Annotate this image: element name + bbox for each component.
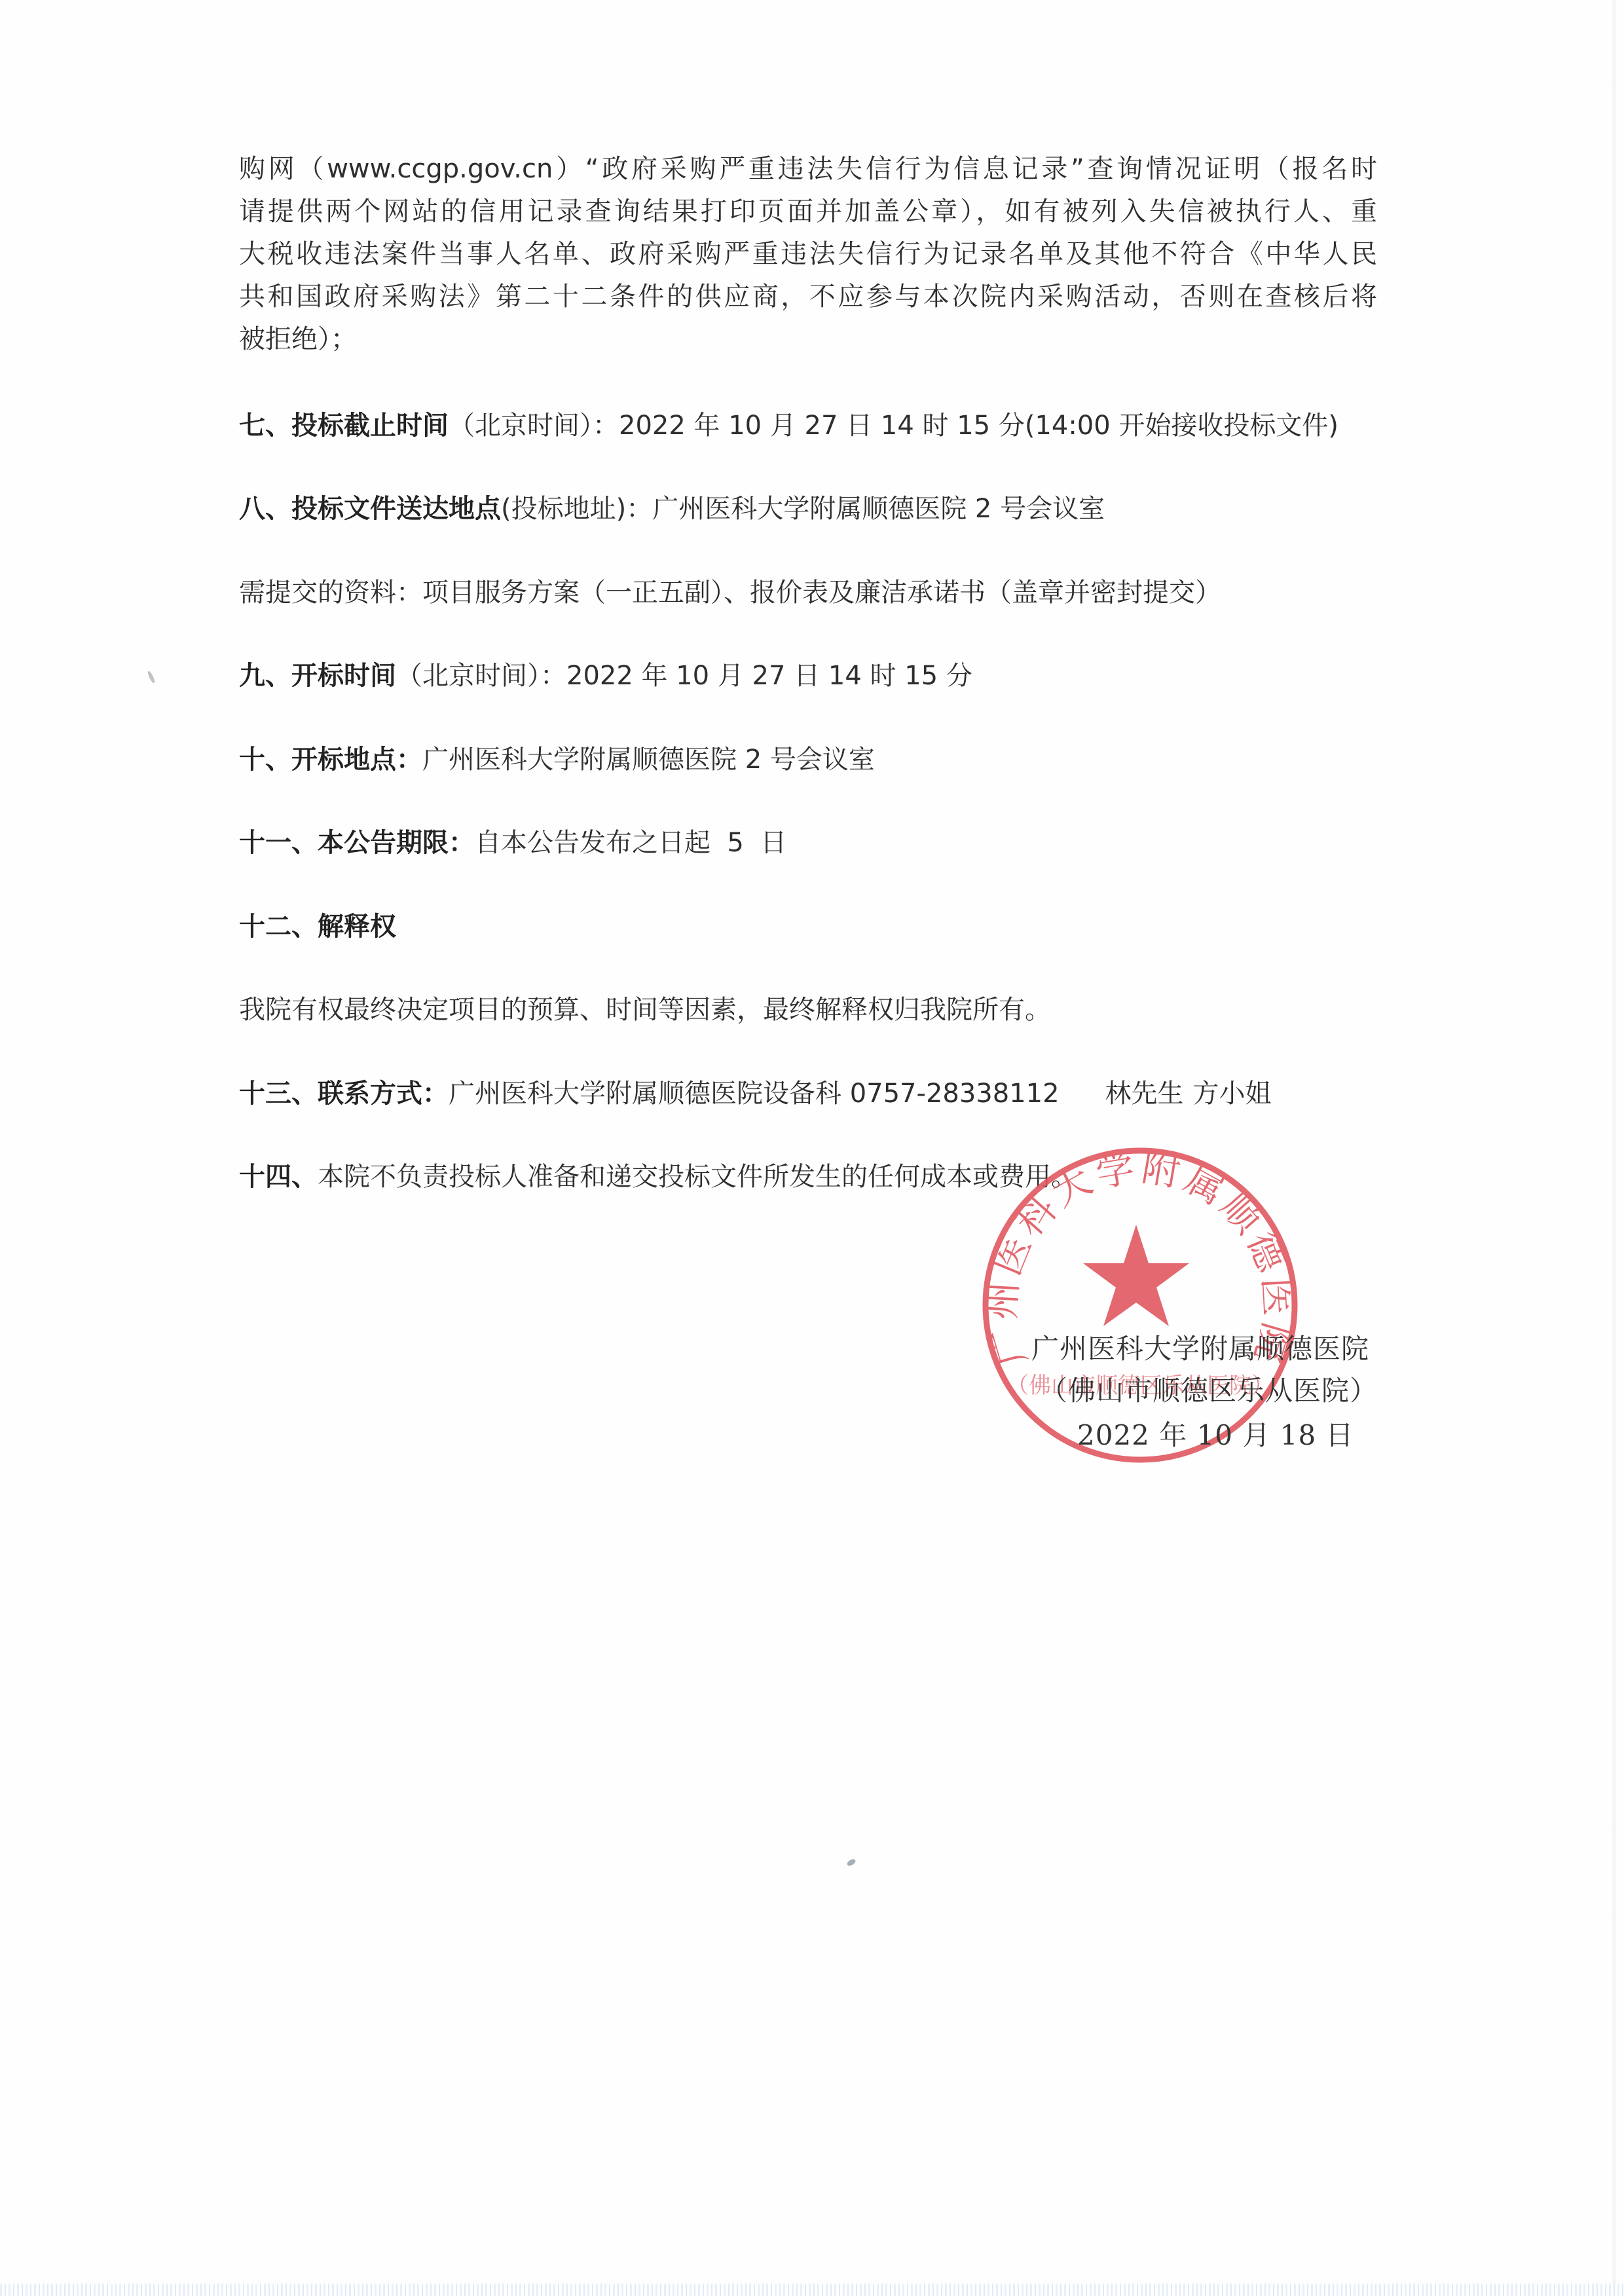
section-bid-delivery-location: 八、投标文件送达地点(投标地址)：广州医科大学附属顺德医院 2 号会议室 — [239, 494, 1105, 523]
section-required-materials: 需提交的资料：项目服务方案（一正五副）、报价表及廉洁承诺书（盖章并密封提交） — [239, 578, 1221, 607]
section-contact: 十三、联系方式：广州医科大学附属顺德医院设备科 0757-28338112林先生… — [239, 1079, 1272, 1108]
section-bid-deadline: 七、投标截止时间（北京时间）：2022 年 10 月 27 日 14 时 15 … — [239, 411, 1338, 440]
scan-bottom-artifact — [0, 2284, 1624, 2296]
document-page: 购网（www.ccgp.gov.cn）“政府采购严重违法失信行为信息记录”查询情… — [0, 0, 1624, 2296]
section-cost-disclaimer: 十四、本院不负责投标人准备和递交投标文件所发生的任何成本或费用。 — [239, 1162, 1077, 1191]
signature-alias: （佛山市顺德区乐从医院） — [1040, 1375, 1378, 1407]
section-heading: 十三、联系方式： — [239, 1079, 449, 1109]
section-body: 本院不负责投标人准备和递交投标文件所发生的任何成本或费用。 — [318, 1162, 1077, 1192]
scan-speck — [846, 1858, 857, 1867]
section-heading: 十、开标地点： — [239, 745, 422, 775]
official-seal: 广州医科大学附属顺德医院 （佛山市顺德区乐从医院） — [980, 1145, 1300, 1465]
contact-person: 方小姐 — [1193, 1079, 1272, 1109]
paragraph-line: 被拒绝）； — [239, 325, 1377, 354]
section-bid-opening-time: 九、开标时间（北京时间）：2022 年 10 月 27 日 14 时 15 分 — [239, 661, 972, 690]
section-heading: 九、开标时间 — [239, 661, 396, 691]
paragraph-line: 购网（www.ccgp.gov.cn）“政府采购严重违法失信行为信息记录”查询情… — [239, 155, 1377, 183]
section-heading: 十二、解释权 — [239, 912, 396, 942]
contact-person: 林先生 — [1105, 1079, 1184, 1109]
scan-edge-artifact — [1612, 0, 1616, 2296]
section-bid-opening-location: 十、开标地点：广州医科大学附属顺德医院 2 号会议室 — [239, 745, 875, 774]
paragraph-line: 大税收违法案件当事人名单、政府采购严重违法失信行为记录名单及其他不符合《中华人民 — [239, 240, 1377, 268]
signature-organization: 广州医科大学附属顺德医院 — [1031, 1333, 1369, 1365]
section-body: （北京时间）：2022 年 10 月 27 日 14 时 15 分 — [396, 661, 972, 691]
section-body: （北京时间）：2022 年 10 月 27 日 14 时 15 分(14:00 … — [449, 411, 1338, 441]
paragraph-line: 请提供两个网站的信用记录查询结果打印页面并加盖公章），如有被列入失信被执行人、重 — [239, 197, 1377, 226]
section-body: 广州医科大学附属顺德医院 2 号会议室 — [422, 745, 875, 775]
section-notice-period: 十一、本公告期限：自本公告发布之日起 5 日 — [239, 828, 786, 857]
scan-speck — [147, 671, 156, 684]
signature-date: 2022 年 10 月 18 日 — [1077, 1420, 1354, 1451]
section-body: 我院有权最终决定项目的预算、时间等因素，最终解释权归我院所有。 — [239, 995, 1051, 1025]
section-body: 需提交的资料：项目服务方案（一正五副）、报价表及廉洁承诺书（盖章并密封提交） — [239, 578, 1221, 608]
section-body: 自本公告发布之日起 5 日 — [475, 828, 786, 858]
section-body: (投标地址)：广州医科大学附属顺德医院 2 号会议室 — [501, 494, 1105, 524]
star-icon — [1083, 1225, 1189, 1326]
section-heading: 七、投标截止时间 — [239, 411, 449, 441]
section-heading: 十一、本公告期限： — [239, 828, 475, 858]
section-heading: 八、投标文件送达地点 — [239, 494, 501, 524]
paragraph-line: 共和国政府采购法》第二十二条件的供应商，不应参与本次院内采购活动，否则在查核后将 — [239, 282, 1377, 311]
section-interpretation-body: 我院有权最终决定项目的预算、时间等因素，最终解释权归我院所有。 — [239, 995, 1051, 1024]
section-heading: 十四、 — [239, 1162, 318, 1192]
contact-department-phone: 广州医科大学附属顺德医院设备科 0757-28338112 — [449, 1079, 1060, 1109]
section-interpretation-right: 十二、解释权 — [239, 912, 396, 941]
